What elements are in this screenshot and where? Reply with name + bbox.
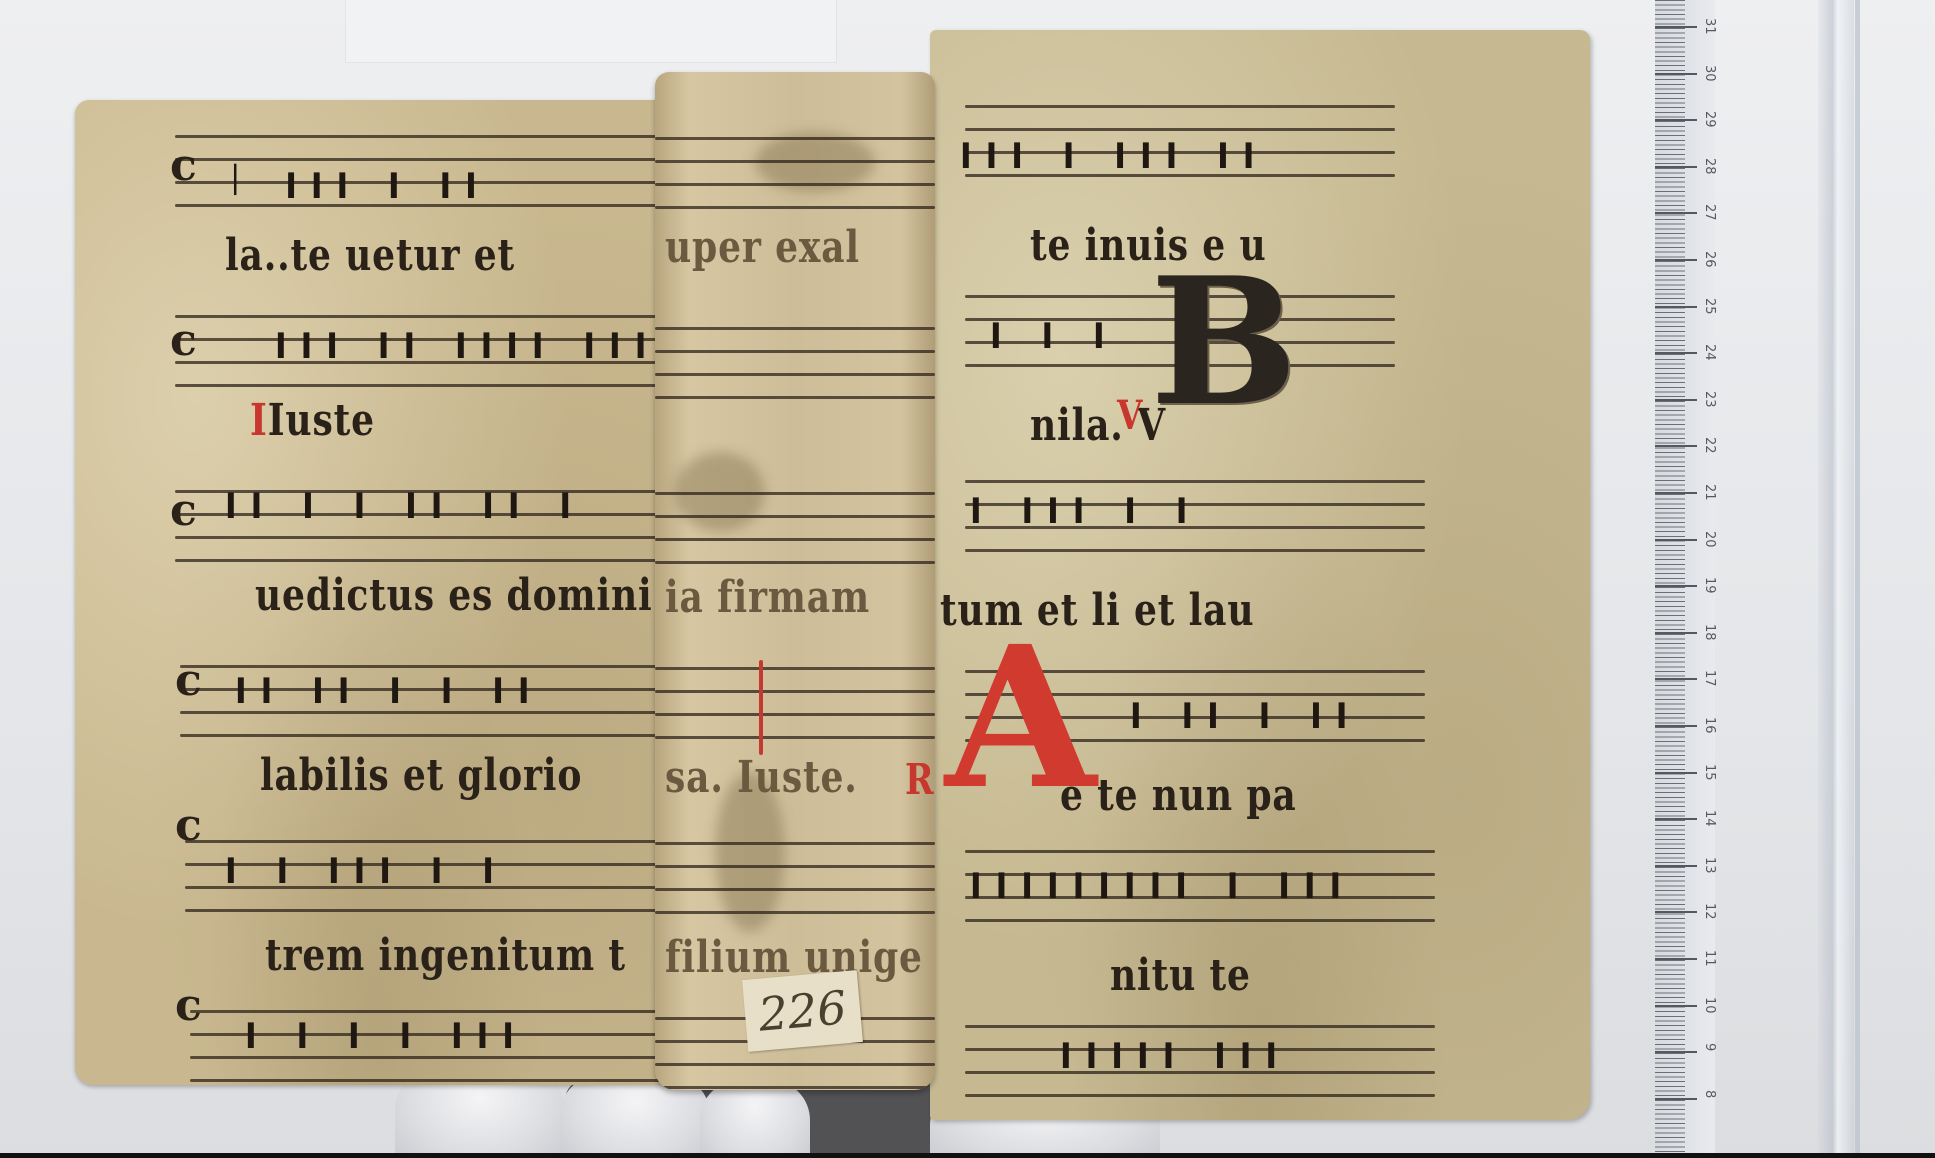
stave [655, 842, 935, 912]
ruler-cm-tick [1655, 1051, 1697, 1053]
ruler-cm-label: 22 [1702, 437, 1717, 454]
lyric-line: ia firmam [665, 572, 870, 623]
neumes: ꞁ ꞁ ꞁ [990, 310, 1119, 350]
lyric-line: nitu te [1110, 950, 1251, 1001]
lyric-line: nila. V [1030, 400, 1166, 451]
c-clef: c [175, 655, 202, 706]
ruler-cm-label: 21 [1702, 484, 1717, 501]
lyric-line: labilis et glorio [260, 750, 582, 801]
ruler-cm-label: 16 [1702, 717, 1717, 734]
shelfmark-label: 226 [742, 970, 863, 1052]
centimetre-ruler: 3130292827262524232221201918171615141312… [1655, 0, 1715, 1158]
lyric-line: IIuste [250, 395, 375, 446]
neumes: ꞁ ꞁ ꞁ ꞁ ꞁꞁꞁ [245, 1010, 528, 1050]
ruler-cm-label: 18 [1702, 624, 1717, 641]
c-clef: c [175, 980, 202, 1031]
ruler-cm-tick [1655, 259, 1697, 261]
neumes: ꞁꞁꞁꞁꞁꞁꞁꞁꞁ ꞁ ꞁꞁꞁ [970, 860, 1355, 900]
ruler-cm-tick [1655, 306, 1697, 308]
ruler-ticks [1655, 0, 1685, 1158]
stave [655, 327, 935, 397]
ruler-cm-label: 10 [1702, 997, 1717, 1014]
ruler-cm-tick [1655, 958, 1697, 960]
lyric-line: sa. Iuste. [665, 752, 858, 803]
ruler-cm-label: 14 [1702, 810, 1717, 827]
ruler-cm-tick [1655, 1005, 1697, 1007]
ruler-cm-label: 23 [1702, 391, 1717, 408]
initial-a: A [945, 620, 1096, 815]
neumes: ꞁ ꞁ ꞁꞁꞁ ꞁ ꞁ [225, 845, 508, 885]
c-clef: c [175, 800, 202, 851]
ruler-cm-label: 26 [1702, 251, 1717, 268]
ruler-cm-tick [1655, 119, 1697, 121]
glass-rod [1818, 0, 1854, 1158]
lyric-line: la..te uetur et [225, 230, 515, 281]
ruler-cm-label: 17 [1702, 670, 1717, 687]
ruler-cm-tick [1655, 865, 1697, 867]
ruler-cm-label: 9 [1702, 1043, 1717, 1051]
ruler-cm-tick [1655, 585, 1697, 587]
neumes: ꞁꞁ ꞁ ꞁ ꞁꞁ ꞁꞁ ꞁ [225, 480, 585, 520]
lyric-line: uper exal [665, 222, 860, 273]
neumes: ꞁ ꞁꞁ ꞁ ꞁꞁ [1130, 690, 1361, 730]
neumes: ꞁꞁꞁ ꞁ ꞁꞁꞁ ꞁꞁ [960, 130, 1268, 170]
ruler-cm-label: 19 [1702, 577, 1717, 594]
ruler-cm-tick [1655, 539, 1697, 541]
ruler-cm-label: 29 [1702, 111, 1717, 128]
neumes: ꞁꞁꞁꞁꞁ ꞁꞁꞁ [1060, 1030, 1291, 1070]
response-rubric: R [905, 755, 934, 804]
c-clef: c [170, 315, 197, 366]
ruler-cm-tick [1655, 911, 1697, 913]
ruler-cm-label: 28 [1702, 158, 1717, 175]
ruler-cm-tick [1655, 678, 1697, 680]
ruler-cm-label: 8 [1702, 1090, 1717, 1098]
initial-b: B [1150, 255, 1298, 430]
ruler-cm-label: 24 [1702, 344, 1717, 361]
ruler-cm-tick [1655, 1098, 1697, 1100]
glass-edge [1855, 0, 1860, 1158]
ruler-cm-label: 25 [1702, 298, 1717, 315]
c-clef: c [170, 485, 197, 536]
lyric-line: trem ingenitum t [265, 930, 626, 981]
neumes: ꞁ ꞁꞁꞁ ꞁ ꞁ [970, 485, 1201, 525]
ruler-cm-tick [1655, 445, 1697, 447]
ruler-cm-tick [1655, 772, 1697, 774]
ruler-cm-tick [1655, 725, 1697, 727]
shelfmark-number: 226 [756, 980, 848, 1041]
stave [655, 667, 935, 737]
c-clef: c [170, 140, 197, 191]
neumes: ꞁꞁꞁ ꞁꞁ ꞁꞁꞁꞁ ꞁꞁꞁ [275, 320, 660, 360]
bottom-strip [0, 1153, 1935, 1158]
left-page: c ᛁ ꞁꞁꞁ ꞁ ꞁꞁ la..te uetur et c ꞁꞁꞁ ꞁꞁ ꞁꞁ… [75, 100, 675, 1085]
neumes: ꞁꞁ ꞁꞁ ꞁ ꞁ ꞁꞁ [235, 665, 544, 705]
red-rule-mark [759, 660, 763, 755]
ruler-cm-tick [1655, 212, 1697, 214]
glove-center [700, 1080, 810, 1158]
ruler-cm-label: 11 [1702, 950, 1717, 967]
ruler-cm-tick [1655, 632, 1697, 634]
neumes: ᛁ ꞁꞁꞁ ꞁ ꞁꞁ [225, 160, 491, 200]
stave [655, 492, 935, 562]
ruler-cm-tick [1655, 352, 1697, 354]
ruler-cm-label: 20 [1702, 531, 1717, 548]
ruler-cm-label: 27 [1702, 204, 1717, 221]
stave [655, 137, 935, 207]
spine: uper exal ia firmam sa. Iuste. filium un… [655, 72, 935, 1090]
ruler-cm-label: 30 [1702, 65, 1717, 82]
ruler-cm-tick [1655, 492, 1697, 494]
versicle-rubric: V [1117, 392, 1143, 439]
right-page: ꞁꞁꞁ ꞁ ꞁꞁꞁ ꞁꞁ te inuis e u ꞁ ꞁ ꞁ nila. V … [930, 30, 1590, 1120]
ruler-cm-tick [1655, 26, 1697, 28]
ruler-cm-label: 13 [1702, 857, 1717, 874]
ruler-cm-tick [1655, 73, 1697, 75]
lyric-line: uedictus es domini [255, 570, 653, 621]
white-board [345, 0, 837, 63]
ruler-cm-label: 12 [1702, 903, 1717, 920]
ruler-cm-label: 31 [1702, 18, 1717, 35]
ruler-cm-tick [1655, 818, 1697, 820]
ruler-cm-tick [1655, 166, 1697, 168]
ruler-cm-tick [1655, 399, 1697, 401]
ruler-cm-label: 15 [1702, 764, 1717, 781]
